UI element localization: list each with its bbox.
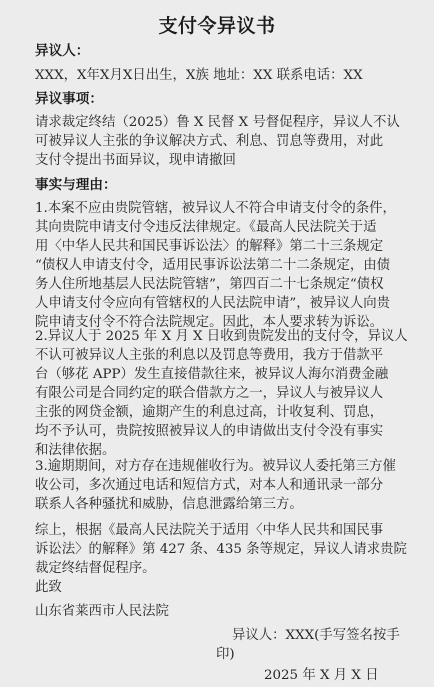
closing-text: 此致 [35,578,410,597]
matter-paragraph: 请求裁定终结（2025）鲁 X 民督 X 号督促程序，异议人不认 可被异议人主张… [35,113,410,170]
reason-1-paragraph: 1.本案不应由贵院管辖，被异议人不符合申请支付令的条件， 其向贵院申请支付令违反… [35,199,410,332]
matter-heading: 异议事项： [35,90,410,109]
court-name: 山东省莱西市人民法院 [35,602,410,621]
conclusion-line: 诉讼法〉的解释》第 427 条、435 条等规定，异议人请求贵院 [35,540,410,559]
conclusion-paragraph: 综上，根据《最高人民法院关于适用〈中华人民共和国民事 诉讼法〉的解释》第 427… [35,521,410,578]
document-title: 支付令异议书 [0,11,434,38]
objector-info: XXX，X年X月X日出生，X族 地址：XX 联系电话：XX [35,66,410,85]
reason-line: 2.异议人于 2025 年 X 月 X 日收到贵院发出的支付令，异议人 [35,327,410,346]
reason-line: 人申请支付令应向有管辖权的人民法院申请”，被异议人向贵 [35,294,410,313]
reason-3-paragraph: 3.逾期期间，对方存在违规催收行为。被异议人委托第三方催 收公司，多次通过电话和… [35,457,410,514]
conclusion-line: 裁定终结督促程序。 [35,559,410,578]
reason-2-paragraph: 2.异议人于 2025 年 X 月 X 日收到贵院发出的支付令，异议人 不认可被… [35,327,410,460]
reason-line: 3.逾期期间，对方存在违规催收行为。被异议人委托第三方催 [35,457,410,476]
reason-line: 联系人各种骚扰和威胁，信息泄露给第三方。 [35,495,410,514]
matter-line: 请求裁定终结（2025）鲁 X 民督 X 号督促程序，异议人不认 [35,113,410,132]
reason-line: “债权人申请支付令，适用民事诉讼法第二十二条规定，由债 [35,256,410,275]
reason-line: 收公司，多次通过电话和短信方式，对本人和通讯录一部分 [35,476,410,495]
matter-line: 可被异议人主张的争议解决方式、利息、罚息等费用，对此 [35,132,410,151]
reason-line: 有限公司是合同约定的联合借款方之一，异议人与被异议人 [35,384,410,403]
reason-line: 用〈中华人民共和国民事诉讼法〉的解释》第二十三条规定 [35,237,410,256]
reason-line: 1.本案不应由贵院管辖，被异议人不符合申请支付令的条件， [35,199,410,218]
signature-line-continued: 印) [216,645,235,664]
reason-line: 务人住所地基层人民法院管辖”，第四百二十七条规定“债权 [35,275,410,294]
document-page: 支付令异议书 异议人： XXX，X年X月X日出生，X族 地址：XX 联系电话：X… [0,0,434,687]
conclusion-line: 综上，根据《最高人民法院关于适用〈中华人民共和国民事 [35,521,410,540]
reason-line: 其向贵院申请支付令违反法律规定。《最高人民法院关于适 [35,218,410,237]
reason-line: 不认可被异议人主张的利息以及罚息等费用，我方于借款平 [35,346,410,365]
reason-line: 台（够花 APP）发生直接借款往来，被异议人海尔消费金融 [35,365,410,384]
date: 2025 年 X 月 X 日 [264,666,379,685]
matter-line: 支付令提出书面异议，现申请撤回 [35,151,410,170]
reason-line: 主张的网贷金额，逾期产生的利息过高，计收复利、罚息， [35,403,410,422]
reason-line: 均不予认可，贵院按照被异议人的申请做出支付令没有事实 [35,422,410,441]
objector-heading: 异议人： [35,42,410,61]
facts-heading: 事实与理由： [35,176,410,195]
signature-line: 异议人：XXX(手写签名按手 [232,626,400,645]
